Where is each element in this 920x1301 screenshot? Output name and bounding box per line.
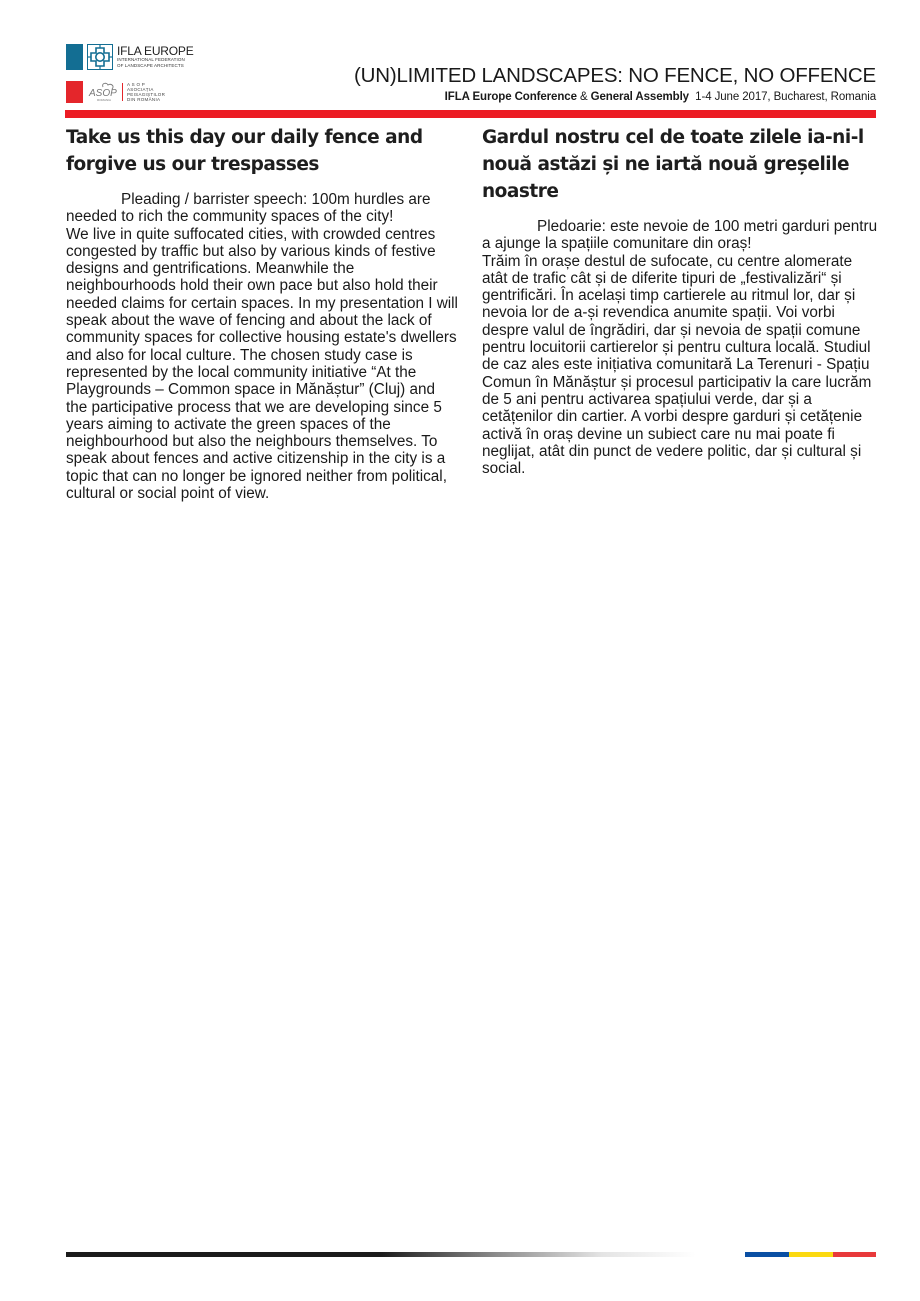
english-title: Take us this day our daily fence and for… <box>66 124 458 178</box>
english-body: Pleading / barrister speech: 100m hurdle… <box>66 191 458 502</box>
asop-red-square-icon <box>66 81 83 103</box>
subtitle-details: 1-4 June 2017, Bucharest, Romania <box>689 91 876 103</box>
romanian-column: Gardul nostru cel de toate zilele ia-ni-… <box>482 124 878 477</box>
conference-subtitle: IFLA Europe Conference & General Assembl… <box>445 91 876 103</box>
ifla-name: IFLA EUROPE <box>117 45 194 57</box>
asop-mark-icon: ASOP ROMANIA <box>88 82 118 102</box>
english-lead: Pleading / barrister speech: 100m hurdle… <box>66 191 458 226</box>
footer-flag-blue <box>745 1252 789 1257</box>
english-column: Take us this day our daily fence and for… <box>66 124 458 502</box>
romanian-paragraph: Trăim în orașe destul de sufocate, cu ce… <box>482 253 878 478</box>
romanian-body: Pledoarie: este nevoie de 100 metri gard… <box>482 218 878 477</box>
logo-block: IFLA EUROPE INTERNATIONAL FEDERATION OF … <box>66 43 206 105</box>
subtitle-assembly: General Assembly <box>591 91 689 103</box>
english-paragraph: We live in quite suffocated cities, with… <box>66 226 458 503</box>
ifla-subtitle-2: OF LANDSCAPE ARCHITECTS <box>117 63 194 69</box>
asop-text: A S O P ASOCIAȚIA PEISAGIȘTILOR DIN ROMÂ… <box>127 82 165 102</box>
ifla-blue-square-icon <box>66 44 83 70</box>
footer-flag-yellow <box>789 1252 833 1257</box>
subtitle-amp: & <box>577 91 591 103</box>
ifla-emblem-icon <box>87 44 113 70</box>
asop-logo: ASOP ROMANIA A S O P ASOCIAȚIA PEISAGIȘT… <box>66 81 165 103</box>
svg-text:ROMANIA: ROMANIA <box>97 98 111 102</box>
conference-title: (UN)LIMITED LANDSCAPES: NO FENCE, NO OFF… <box>354 64 876 88</box>
header-red-bar <box>65 110 876 118</box>
ifla-text: IFLA EUROPE INTERNATIONAL FEDERATION OF … <box>117 45 194 68</box>
ifla-europe-logo: IFLA EUROPE INTERNATIONAL FEDERATION OF … <box>66 43 194 70</box>
romanian-lead: Pledoarie: este nevoie de 100 metri gard… <box>482 218 878 253</box>
footer-gradient-bar <box>66 1252 696 1257</box>
asop-divider <box>122 83 123 101</box>
romanian-title: Gardul nostru cel de toate zilele ia-ni-… <box>482 124 878 205</box>
asop-text-line4: DIN ROMÂNIA <box>127 97 165 102</box>
footer-flag-red <box>833 1252 876 1257</box>
subtitle-conference: IFLA Europe Conference <box>445 91 577 103</box>
